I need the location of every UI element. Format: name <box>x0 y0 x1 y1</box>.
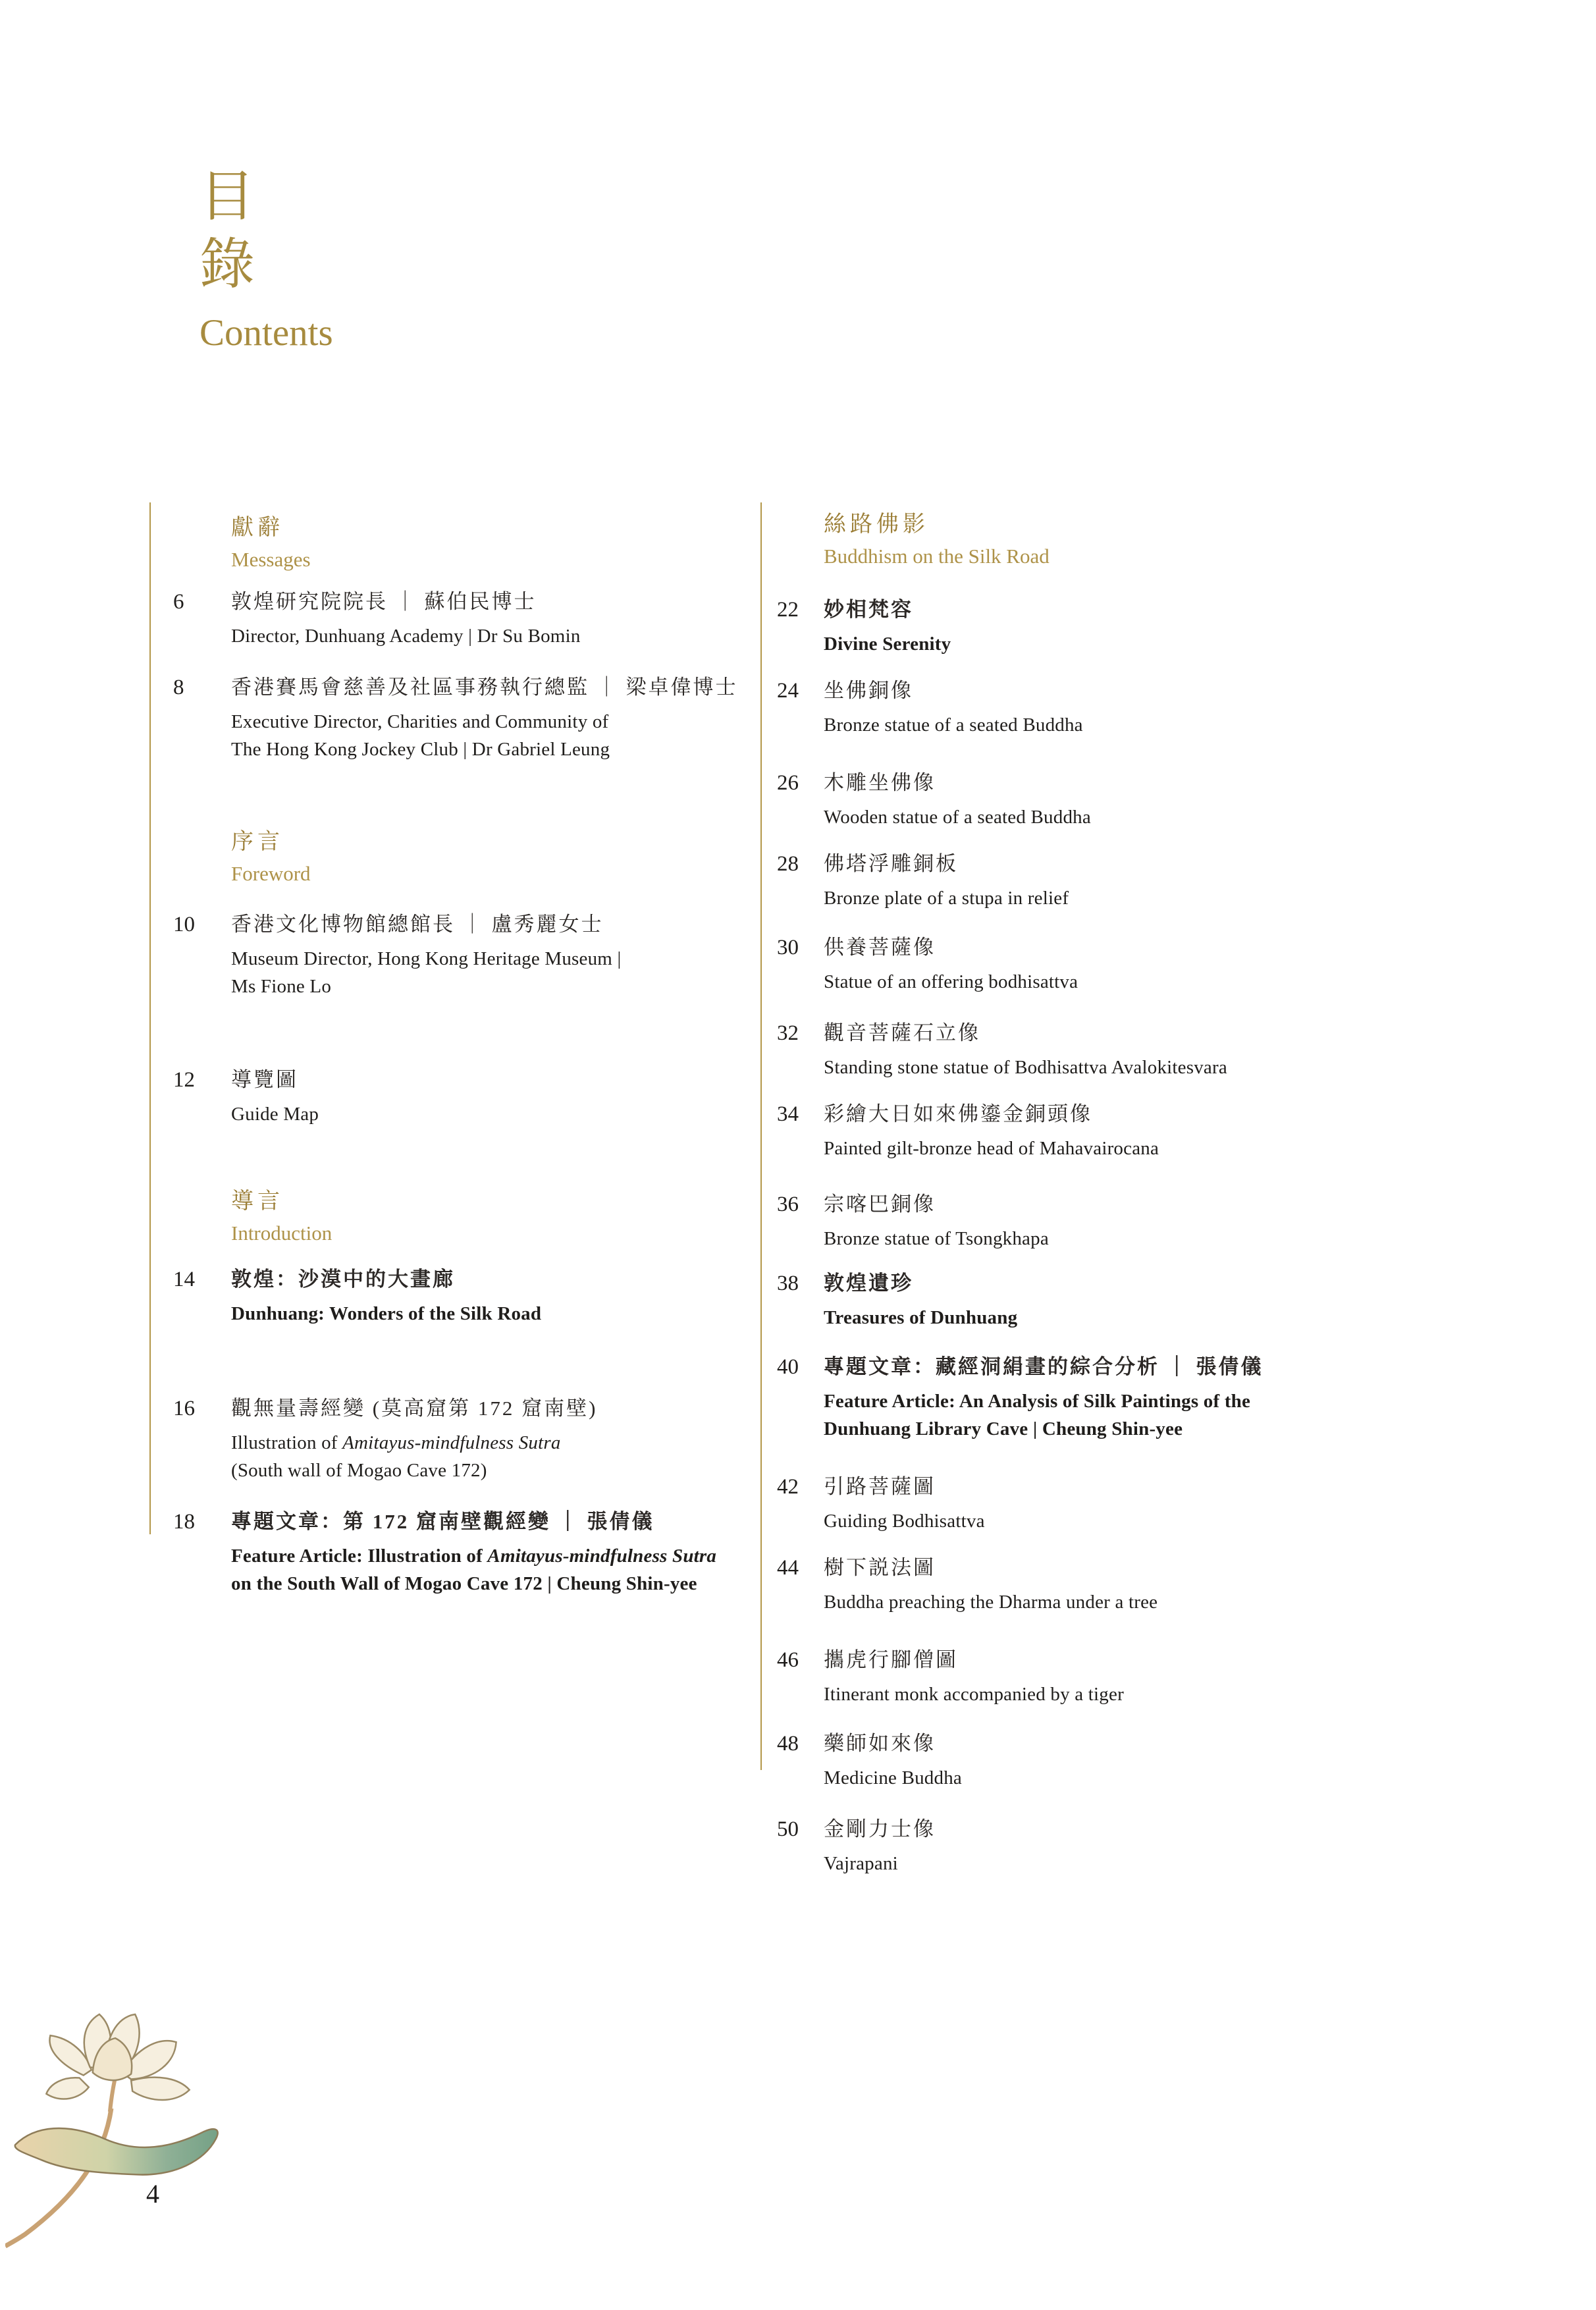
entry-english-sutra-title: Amitayus-mindfulness Sutra <box>487 1545 716 1567</box>
right-column-content: 絲路佛影 Buddhism on the Silk Road 22 妙相梵容 D… <box>760 509 1537 1877</box>
entry-english-line: Painted gilt-bronze head of Mahavairocan… <box>824 1135 1537 1162</box>
entry-english-line: Ms Fione Lo <box>231 973 742 1000</box>
entry-english-line: (South wall of Mogao Cave 172) <box>231 1457 742 1484</box>
entry-page-number: 14 <box>173 1264 231 1295</box>
entry-title-cjk: 觀無量壽經變 (莫高窟第 172 窟南壁) <box>231 1393 742 1424</box>
entry-page-number: 8 <box>173 672 231 703</box>
entry-english-lines: Guiding Bodhisattva <box>824 1507 1537 1535</box>
entry-english-line: Dunhuang: Wonders of the Silk Road <box>231 1300 742 1328</box>
entry-title-cjk: 敦煌：沙漠中的大畫廊 <box>231 1264 742 1295</box>
section-header-english: Foreword <box>231 861 742 887</box>
toc-entry: 6 敦煌研究院院長 ｜ 蘇伯民博士 Director, Dunhuang Aca… <box>173 587 742 650</box>
entry-english-lines: Wooden statue of a seated Buddha <box>824 803 1537 831</box>
entry-page-number: 22 <box>777 595 824 625</box>
entry-english-line: Director, Dunhuang Academy | Dr Su Bomin <box>231 622 742 650</box>
entry-english-lines: Feature Article: Illustration of Amitayu… <box>231 1542 742 1598</box>
toc-section-header: 導言 Introduction <box>173 1186 742 1247</box>
entry-english-lines: Itinerant monk accompanied by a tiger <box>824 1680 1537 1708</box>
toc-entry: 12 導覽圖 Guide Map <box>173 1065 742 1128</box>
entry-english-line: Vajrapani <box>824 1850 1537 1877</box>
entry-english-lines: Buddha preaching the Dharma under a tree <box>824 1588 1537 1616</box>
entry-english-lines: Dunhuang: Wonders of the Silk Road <box>231 1300 742 1328</box>
left-column-content: 獻辭 Messages 6 敦煌研究院院長 ｜ 蘇伯民博士 Director, … <box>149 512 742 1598</box>
entry-title-cjk: 坐佛銅像 <box>824 676 1537 706</box>
entry-title-cjk: 供養菩薩像 <box>824 932 1537 963</box>
entry-english-lines: Statue of an offering bodhisattva <box>824 968 1537 996</box>
entry-english-line: The Hong Kong Jockey Club | Dr Gabriel L… <box>231 736 742 763</box>
entry-english-lines: Illustration of Amitayus-mindfulness Sut… <box>231 1429 742 1484</box>
page-number: 4 <box>146 2178 159 2209</box>
entry-english-lines: Medicine Buddha <box>824 1764 1537 1792</box>
entry-page-number: 44 <box>777 1553 824 1583</box>
left-column-rule <box>149 502 151 1534</box>
entry-title-cjk: 彩繪大日如來佛鎏金銅頭像 <box>824 1099 1537 1129</box>
entry-english-lines: Executive Director, Charities and Commun… <box>231 708 742 763</box>
toc-entry: 26 木雕坐佛像 Wooden statue of a seated Buddh… <box>777 768 1537 831</box>
entry-english-lines: Painted gilt-bronze head of Mahavairocan… <box>824 1135 1537 1162</box>
entry-page-number: 48 <box>777 1729 824 1759</box>
entry-english-line: Treasures of Dunhuang <box>824 1304 1537 1331</box>
entry-english-lines: Treasures of Dunhuang <box>824 1304 1537 1331</box>
entry-page-number: 6 <box>173 587 231 617</box>
entry-page-number: 50 <box>777 1814 824 1844</box>
toc-section-header: 序言 Foreword <box>173 826 742 887</box>
entry-english-line: Divine Serenity <box>824 630 1537 658</box>
entry-english-line: Wooden statue of a seated Buddha <box>824 803 1537 831</box>
section-header-cjk: 導言 <box>231 1186 742 1218</box>
entry-english-text: Feature Article: Illustration of <box>231 1545 487 1567</box>
entry-english-line: Standing stone statue of Bodhisattva Ava… <box>824 1054 1537 1081</box>
toc-entry: 24 坐佛銅像 Bronze statue of a seated Buddha <box>777 676 1537 739</box>
toc-entry: 34 彩繪大日如來佛鎏金銅頭像 Painted gilt-bronze head… <box>777 1099 1537 1162</box>
section-header-english: Messages <box>231 547 742 573</box>
entry-english-lines: Guide Map <box>231 1100 742 1128</box>
entry-title-cjk: 宗喀巴銅像 <box>824 1189 1537 1220</box>
entry-english-line: Dunhuang Library Cave | Cheung Shin-yee <box>824 1415 1537 1443</box>
entry-english-line: Itinerant monk accompanied by a tiger <box>824 1680 1537 1708</box>
entry-english-line: Executive Director, Charities and Commun… <box>231 708 742 736</box>
entry-title-cjk: 專題文章：第 172 窟南壁觀經變 ｜ 張倩儀 <box>231 1507 742 1537</box>
entry-english-lines: Divine Serenity <box>824 630 1537 658</box>
toc-section-header: 獻辭 Messages <box>173 512 742 573</box>
entry-page-number: 26 <box>777 768 824 798</box>
entry-page-number: 46 <box>777 1645 824 1675</box>
entry-english-lines: Bronze statue of Tsongkhapa <box>824 1225 1537 1252</box>
entry-title-cjk: 香港賽馬會慈善及社區事務執行總監 ｜ 梁卓偉博士 <box>231 672 742 703</box>
entry-title-cjk: 攜虎行腳僧圖 <box>824 1645 1537 1675</box>
entry-page-number: 40 <box>777 1352 824 1382</box>
toc-entry: 30 供養菩薩像 Statue of an offering bodhisatt… <box>777 932 1537 996</box>
entry-title-cjk: 導覽圖 <box>231 1065 742 1095</box>
entry-english-line: on the South Wall of Mogao Cave 172 | Ch… <box>231 1570 742 1598</box>
entry-title-cjk: 藥師如來像 <box>824 1729 1537 1759</box>
entry-page-number: 38 <box>777 1268 824 1299</box>
entry-english-lines: Bronze statue of a seated Buddha <box>824 711 1537 739</box>
toc-entry: 14 敦煌：沙漠中的大畫廊 Dunhuang: Wonders of the S… <box>173 1264 742 1328</box>
entry-page-number: 36 <box>777 1189 824 1220</box>
entry-title-cjk: 樹下説法圖 <box>824 1553 1537 1583</box>
lotus-petals <box>46 2014 189 2100</box>
entry-english-line: Illustration of Amitayus-mindfulness Sut… <box>231 1429 742 1457</box>
entry-page-number: 10 <box>173 909 231 940</box>
entry-english-text: Illustration of <box>231 1432 342 1453</box>
entry-english-lines: Feature Article: An Analysis of Silk Pai… <box>824 1387 1537 1443</box>
entry-english-line: Guide Map <box>231 1100 742 1128</box>
entry-english-line: Guiding Bodhisattva <box>824 1507 1537 1535</box>
toc-entry: 18 專題文章：第 172 窟南壁觀經變 ｜ 張倩儀 Feature Artic… <box>173 1507 742 1598</box>
entry-english-sutra-title: Amitayus-mindfulness Sutra <box>342 1432 560 1453</box>
entry-english-line: Medicine Buddha <box>824 1764 1537 1792</box>
entry-english-line: Buddha preaching the Dharma under a tree <box>824 1588 1537 1616</box>
entry-english-line: Feature Article: An Analysis of Silk Pai… <box>824 1387 1537 1415</box>
entry-page-number: 42 <box>777 1472 824 1502</box>
entry-title-cjk: 木雕坐佛像 <box>824 768 1537 798</box>
entry-english-lines: Museum Director, Hong Kong Heritage Muse… <box>231 945 742 1000</box>
entry-title-cjk: 香港文化博物館總館長 ｜ 盧秀麗女士 <box>231 909 742 940</box>
toc-entry: 28 佛塔浮雕銅板 Bronze plate of a stupa in rel… <box>777 849 1537 912</box>
entry-english-lines: Director, Dunhuang Academy | Dr Su Bomin <box>231 622 742 650</box>
page-title-cjk-char-2: 錄 <box>199 231 333 299</box>
entry-title-cjk: 敦煌遺珍 <box>824 1268 1537 1299</box>
toc-entry: 10 香港文化博物館總館長 ｜ 盧秀麗女士 Museum Director, H… <box>173 909 742 1000</box>
section-header-cjk: 獻辭 <box>231 512 742 544</box>
toc-left-column: 獻辭 Messages 6 敦煌研究院院長 ｜ 蘇伯民博士 Director, … <box>149 502 742 1598</box>
toc-entry: 48 藥師如來像 Medicine Buddha <box>777 1729 1537 1792</box>
entry-page-number: 28 <box>777 849 824 879</box>
toc-entry: 46 攜虎行腳僧圖 Itinerant monk accompanied by … <box>777 1645 1537 1708</box>
toc-entry: 44 樹下説法圖 Buddha preaching the Dharma und… <box>777 1553 1537 1616</box>
toc-right-column: 絲路佛影 Buddhism on the Silk Road 22 妙相梵容 D… <box>760 502 1537 1877</box>
entry-title-cjk: 敦煌研究院院長 ｜ 蘇伯民博士 <box>231 587 742 617</box>
entry-english-lines: Standing stone statue of Bodhisattva Ava… <box>824 1054 1537 1081</box>
toc-entry: 8 香港賽馬會慈善及社區事務執行總監 ｜ 梁卓偉博士 Executive Dir… <box>173 672 742 763</box>
entry-title-cjk: 妙相梵容 <box>824 595 1537 625</box>
toc-entry: 32 觀音菩薩石立像 Standing stone statue of Bodh… <box>777 1018 1537 1081</box>
entry-page-number: 16 <box>173 1393 231 1424</box>
entry-english-line: Bronze plate of a stupa in relief <box>824 884 1537 912</box>
lotus-leaf <box>15 2128 218 2175</box>
toc-entry: 40 專題文章：藏經洞絹畫的綜合分析 ｜ 張倩儀 Feature Article… <box>777 1352 1537 1443</box>
entry-page-number: 12 <box>173 1065 231 1095</box>
toc-entry: 22 妙相梵容 Divine Serenity <box>777 595 1537 658</box>
toc-entry: 50 金剛力士像 Vajrapani <box>777 1814 1537 1877</box>
entry-page-number: 18 <box>173 1507 231 1537</box>
entry-page-number: 34 <box>777 1099 824 1129</box>
entry-title-cjk: 佛塔浮雕銅板 <box>824 849 1537 879</box>
entry-english-line: Feature Article: Illustration of Amitayu… <box>231 1542 742 1570</box>
entry-english-line: Bronze statue of Tsongkhapa <box>824 1225 1537 1252</box>
entry-english-line: Statue of an offering bodhisattva <box>824 968 1537 996</box>
page-title-cjk-char-1: 目 <box>199 163 333 231</box>
entry-title-cjk: 引路菩薩圖 <box>824 1472 1537 1502</box>
toc-section-header: 絲路佛影 Buddhism on the Silk Road <box>777 509 1537 570</box>
section-header-cjk: 序言 <box>231 826 742 858</box>
entry-title-cjk: 金剛力士像 <box>824 1814 1537 1844</box>
entry-page-number: 30 <box>777 932 824 963</box>
right-column-rule <box>760 502 762 1770</box>
entry-title-cjk: 觀音菩薩石立像 <box>824 1018 1537 1048</box>
contents-page: 目 錄 Contents 獻辭 Messages 6 敦煌研究院院長 ｜ 蘇伯民… <box>0 0 1596 2310</box>
entry-page-number: 32 <box>777 1018 824 1048</box>
section-header-english: Introduction <box>231 1220 742 1247</box>
page-title: 目 錄 Contents <box>199 163 333 353</box>
page-title-english: Contents <box>199 313 333 353</box>
toc-entry: 42 引路菩薩圖 Guiding Bodhisattva <box>777 1472 1537 1535</box>
toc-entry: 16 觀無量壽經變 (莫高窟第 172 窟南壁) Illustration of… <box>173 1393 742 1484</box>
section-header-english: Buddhism on the Silk Road <box>824 543 1537 570</box>
entry-page-number: 24 <box>777 676 824 706</box>
entry-english-lines: Bronze plate of a stupa in relief <box>824 884 1537 912</box>
toc-entry: 36 宗喀巴銅像 Bronze statue of Tsongkhapa <box>777 1189 1537 1252</box>
lotus-flower-illustration <box>5 2007 224 2249</box>
toc-entry: 38 敦煌遺珍 Treasures of Dunhuang <box>777 1268 1537 1331</box>
section-header-cjk: 絲路佛影 <box>824 509 1537 541</box>
entry-english-lines: Vajrapani <box>824 1850 1537 1877</box>
entry-english-line: Museum Director, Hong Kong Heritage Muse… <box>231 945 742 973</box>
entry-title-cjk: 專題文章：藏經洞絹畫的綜合分析 ｜ 張倩儀 <box>824 1352 1537 1382</box>
entry-english-line: Bronze statue of a seated Buddha <box>824 711 1537 739</box>
